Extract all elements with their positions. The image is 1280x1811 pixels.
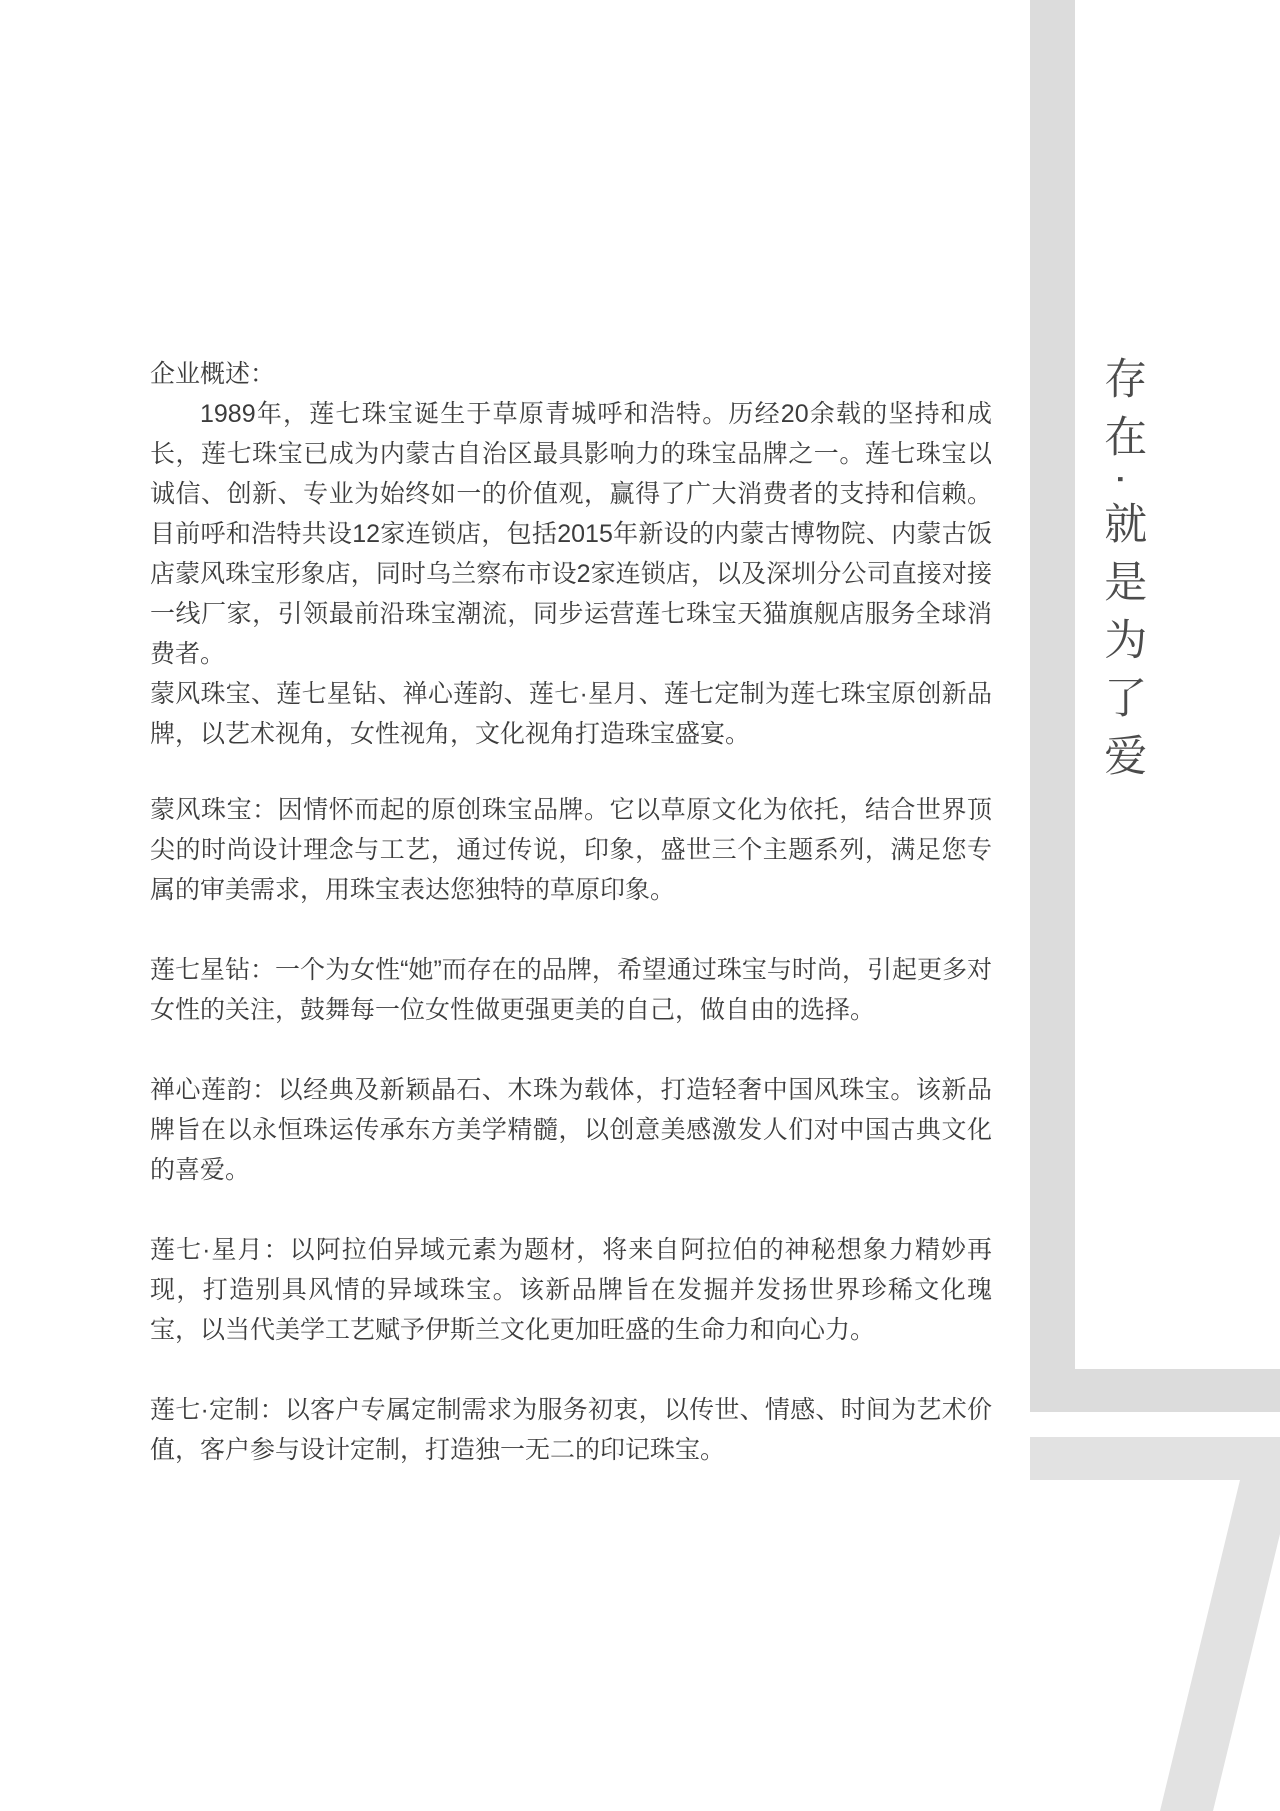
brand-seven-watermark bbox=[1030, 1437, 1280, 1811]
company-overview-heading: 企业概述： bbox=[150, 354, 992, 394]
company-profile-text-column: 企业概述： 1989年，莲七珠宝诞生于草原青城呼和浩特。历经20余载的坚持和成长… bbox=[150, 354, 992, 1470]
paragraph-lianqi-dingzhi: 莲七·定制：以客户专属定制需求为服务初衷，以传世、情感、时间为艺术价值，客户参与… bbox=[150, 1390, 992, 1470]
paragraph-original-brands: 蒙风珠宝、莲七星钻、禅心莲韵、莲七·星月、莲七定制为莲七珠宝原创新品牌，以艺术视… bbox=[150, 674, 992, 754]
paragraph-lianqi-xingzuan: 莲七星钻：一个为女性“她”而存在的品牌，希望通过珠宝与时尚，引起更多对女性的关注… bbox=[150, 950, 992, 1030]
paragraph-chanxin-lianyun: 禅心莲韵：以经典及新颖晶石、木珠为载体，打造轻奢中国风珠宝。该新品牌旨在以永恒珠… bbox=[150, 1070, 992, 1190]
brochure-page: 企业概述： 1989年，莲七珠宝诞生于草原青城呼和浩特。历经20余载的坚持和成长… bbox=[0, 0, 1280, 1811]
brand-l-bar-shape bbox=[1030, 0, 1280, 1412]
paragraph-mengfeng-zhubao: 蒙风珠宝：因情怀而起的原创珠宝品牌。它以草原文化为依托，结合世界顶尖的时尚设计理… bbox=[150, 790, 992, 910]
vertical-brand-tagline: 存在·就是为了爱 bbox=[1098, 356, 1145, 791]
paragraph-overview: 1989年，莲七珠宝诞生于草原青城呼和浩特。历经20余载的坚持和成长，莲七珠宝已… bbox=[150, 394, 992, 674]
paragraph-lianqi-xingyue: 莲七·星月：以阿拉伯异域元素为题材，将来自阿拉伯的神秘想象力精妙再现，打造别具风… bbox=[150, 1230, 992, 1350]
